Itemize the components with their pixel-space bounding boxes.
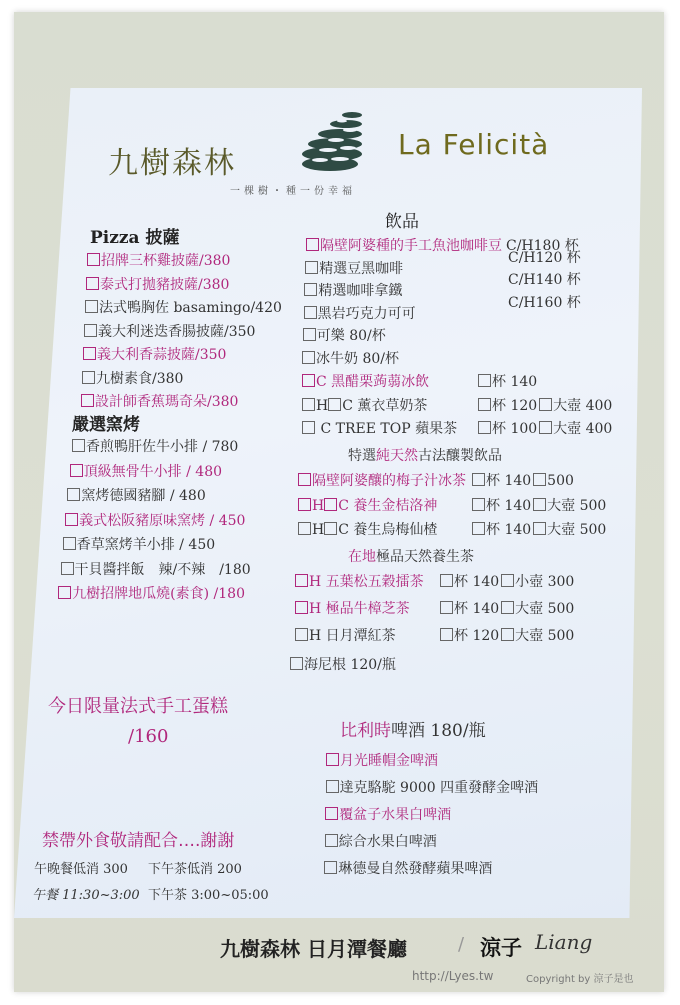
special-drinks-heading: 特選純天然古法釀製飲品 [348,445,502,465]
footer-copyright: Copyright by 涼子是也 [526,970,634,985]
list-item[interactable]: C TREE TOP 蘋果茶 [302,418,457,438]
list-item[interactable]: 覆盆子水果白啤酒 [325,804,451,824]
item-label: 精選豆黑咖啡 [319,261,403,277]
no-outside-food-notice: 禁帶外食敬請配合….謝謝 [42,826,234,851]
checkbox[interactable] [295,574,308,587]
local-heading-post: 極品天然養生茶 [376,549,474,565]
drinks-heading: 飲品 [385,207,419,232]
checkbox-cup[interactable] [440,628,453,641]
pot-price: 500 [547,473,574,489]
item-label: H 日月潭紅茶 [309,628,396,644]
item-label: 泰式打拋豬披薩/380 [100,277,229,293]
checkbox[interactable] [303,328,316,341]
list-item[interactable]: 泰式打拋豬披薩/380 [86,274,229,294]
checkbox[interactable] [302,374,315,387]
checkbox-pot[interactable] [539,398,552,411]
list-item[interactable]: 義大利迷迭香腸披薩/350 [84,321,255,341]
pot-price: 大壺 400 [553,421,612,437]
list-item[interactable]: 義大利香蒜披薩/350 [83,344,226,364]
pot-price: 大壺 500 [547,498,606,514]
checkbox-pot[interactable] [501,628,514,641]
checkbox[interactable] [295,601,308,614]
pizza-heading: Pizza 披薩 [90,223,179,248]
cup-price: 杯 140 [454,601,499,617]
pot-price: 大壺 500 [547,522,606,538]
size-options[interactable]: 杯 140大壺 500 [440,598,574,618]
brand-name-chinese: 九樹森林 [108,138,236,182]
item-label: 香草窯烤羊小排 / 450 [77,537,215,553]
checkbox[interactable] [67,488,80,501]
cup-price: 杯 120 [492,398,537,414]
item-label: 隔壁阿婆釀的梅子汁冰茶 [312,473,466,489]
checkbox[interactable] [81,394,94,407]
item-label: 義大利迷迭香腸披薩/350 [98,324,255,340]
list-item[interactable]: C 黑醋栗蒟蒻冰飲 [302,371,429,391]
checkbox[interactable] [304,306,317,319]
hot-option-label: H [316,398,328,414]
item-price: C/H160 杯 [508,292,581,312]
lunch-hours: 午餐 11:30~3:00 [32,884,140,903]
checkbox[interactable] [83,347,96,360]
item-label: C 黑醋栗蒟蒻冰飲 [316,374,429,390]
item-label: 招牌三杯雞披薩/380 [101,253,230,269]
checkbox[interactable] [65,513,78,526]
item-label: 黑岩巧克力可可 [318,306,416,322]
checkbox[interactable] [298,498,311,511]
beer-heading: 比利時啤酒 180/瓶 [340,716,486,741]
checkbox[interactable] [305,261,318,274]
minimum-meal: 午晚餐低消 300 [34,858,128,877]
list-item[interactable]: 冰牛奶 80/杯 [302,348,399,368]
special-heading-mid: 純天然 [376,448,418,464]
checkbox-cup[interactable] [478,374,491,387]
checkbox-pot[interactable] [533,498,546,511]
checkbox-pot[interactable] [501,601,514,614]
item-label: 干貝醬拌飯 辣/不辣 /180 [75,562,251,578]
pot-price: 大壺 500 [515,601,574,617]
footer-slash: / [458,934,464,955]
size-options[interactable]: 杯 120大壺 500 [440,625,574,645]
item-label: 達克駱駝 9000 四重發酵金啤酒 [340,780,539,796]
list-item[interactable]: 招牌三杯雞披薩/380 [87,250,230,270]
item-label: 綜合水果白啤酒 [339,834,437,850]
list-item[interactable]: 香煎鴨肝佐牛小排 / 780 [72,436,238,456]
pot-price: 大壺 400 [553,398,612,414]
checkbox[interactable] [324,522,337,535]
list-item[interactable]: 九樹招牌地瓜燒(素食) /180 [58,583,245,603]
item-label: 九樹素食/380 [96,371,183,387]
item-label: H 極品牛樟芝茶 [309,601,410,617]
checkbox[interactable] [290,657,303,670]
list-item[interactable]: 隔壁阿婆釀的梅子汁冰茶 [298,470,466,490]
checkbox[interactable] [72,439,85,452]
list-item[interactable]: 達克駱駝 9000 四重發酵金啤酒 [326,777,539,797]
checkbox-cup[interactable] [472,522,485,535]
list-item[interactable]: HC 養生烏梅仙楂 [298,519,437,539]
list-item[interactable]: H 日月潭紅茶 [295,625,396,645]
item-label: C TREE TOP 蘋果茶 [316,421,457,437]
checkbox-pot[interactable] [501,574,514,587]
item-label: 法式鴨胸佐 basamingo/420 [99,300,282,316]
item-label: 設計師香蕉瑪奇朵/380 [95,394,238,410]
checkbox[interactable] [61,562,74,575]
list-item[interactable]: 綜合水果白啤酒 [325,831,437,851]
checkbox-cup[interactable] [478,398,491,411]
beer-heading-post: 啤酒 180/瓶 [391,721,486,741]
footer-signature: Liang [535,930,592,954]
checkbox[interactable] [70,464,83,477]
item-label: 頂級無骨牛小排 / 480 [84,464,222,480]
list-item[interactable]: 頂級無骨牛小排 / 480 [70,461,222,481]
cake-special: 今日限量法式手工蛋糕 [48,692,228,718]
checkbox[interactable] [87,253,100,266]
list-item[interactable]: 香草窯烤羊小排 / 450 [63,534,215,554]
list-item[interactable]: 義式松阪豬原味窯烤 / 450 [65,510,245,530]
local-heading-pre: 在地 [348,549,376,565]
checkbox-cup[interactable] [478,421,491,434]
item-label: 隔壁阿婆種的手工魚池咖啡豆 [320,238,502,254]
checkbox-pot[interactable] [533,473,546,486]
checkbox[interactable] [295,628,308,641]
checkbox[interactable] [86,277,99,290]
item-label: 可樂 80/杯 [317,328,386,344]
item-label: 覆盆子水果白啤酒 [339,807,451,823]
footer-author: 涼子 [480,932,522,962]
cup-price: 杯 140 [486,473,531,489]
list-item[interactable]: HC 薰衣草奶茶 [302,395,427,415]
checkbox[interactable] [326,753,339,766]
checkbox-cup[interactable] [472,473,485,486]
checkbox[interactable] [324,498,337,511]
item-label: 義式松阪豬原味窯烤 / 450 [79,513,245,529]
item-label: 九樹招牌地瓜燒(素食) /180 [72,586,245,602]
item-price: C/H140 杯 [508,269,581,289]
size-options[interactable]: 杯 120大壺 400 [478,395,612,415]
checkbox[interactable] [306,238,319,251]
checkbox[interactable] [85,300,98,313]
checkbox[interactable] [324,861,337,874]
size-options[interactable]: 杯 140小壺 300 [440,571,574,591]
cup-price: 杯 140 [454,574,499,590]
item-label: 琳德曼自然發酵蘋果啤酒 [338,861,492,877]
list-item[interactable]: 九樹素食/380 [82,368,183,388]
heineken-label: 海尼根 120/瓶 [304,657,396,673]
checkbox[interactable] [84,324,97,337]
item-label: C 薰衣草奶茶 [342,398,427,414]
checkbox[interactable] [302,398,315,411]
special-heading-post: 古法釀製飲品 [418,448,502,464]
item-label: 香煎鴨肝佐牛小排 / 780 [86,439,238,455]
list-item[interactable]: H 五葉松五穀擂茶 [295,571,424,591]
checkbox-cup[interactable] [440,574,453,587]
size-options[interactable]: 杯 100大壺 400 [478,418,612,438]
item-label: C 養生金桔洛神 [338,498,437,514]
cup-price: 杯 140 [492,374,537,390]
list-item[interactable]: 可樂 80/杯 [303,325,386,345]
size-options[interactable]: 杯 140 [478,371,537,391]
cup-price: 杯 140 [486,498,531,514]
checkbox-pot[interactable] [539,421,552,434]
list-item[interactable]: 琳德曼自然發酵蘋果啤酒 [324,858,492,878]
checkbox[interactable] [302,351,315,364]
checkbox-cup[interactable] [440,601,453,614]
checkbox[interactable] [302,421,315,434]
list-item[interactable]: 精選豆黑咖啡 [305,258,403,278]
checkbox[interactable] [325,834,338,847]
tea-hours: 下午茶 3:00~05:00 [148,884,269,903]
footer-url[interactable]: http://Lyes.tw [412,969,493,983]
cup-price: 杯 100 [492,421,537,437]
checkbox[interactable] [328,398,341,411]
item-label: H 五葉松五穀擂茶 [309,574,424,590]
local-tea-heading: 在地極品天然養生茶 [348,546,474,566]
list-item[interactable]: 干貝醬拌飯 辣/不辣 /180 [61,559,251,579]
checkbox[interactable] [298,522,311,535]
list-item[interactable]: HC 養生金桔洛神 [298,495,437,515]
list-item[interactable]: H 極品牛樟芝茶 [295,598,410,618]
cup-price: 杯 120 [454,628,499,644]
item-label: 冰牛奶 80/杯 [316,351,399,367]
hot-option-label: H [312,522,324,538]
list-item[interactable]: 法式鴨胸佐 basamingo/420 [85,297,282,317]
item-label: 義大利香蒜披薩/350 [97,347,226,363]
heineken-item[interactable]: 海尼根 120/瓶 [290,654,396,674]
checkbox[interactable] [325,807,338,820]
checkbox-cup[interactable] [472,498,485,511]
item-label: 窯烤德國豬腳 / 480 [81,488,205,504]
minimum-tea: 下午茶低消 200 [148,858,242,877]
checkbox[interactable] [326,780,339,793]
kiln-heading: 嚴選窯烤 [72,410,140,435]
special-heading-pre: 特選 [348,448,376,464]
tagline: 一棵樹・種一份幸福 [230,182,356,197]
item-label: C 養生烏梅仙楂 [338,522,437,538]
list-item[interactable]: 窯烤德國豬腳 / 480 [67,485,205,505]
footer-title: 九樹森林 日月潭餐廳 [220,933,407,962]
pot-price: 大壺 500 [515,628,574,644]
checkbox[interactable] [298,473,311,486]
item-price: C/H120 杯 [508,247,581,267]
pot-price: 小壺 300 [515,574,574,590]
pinecone-icon [280,102,380,182]
checkbox[interactable] [304,283,317,296]
hot-option-label: H [312,498,324,514]
size-options[interactable]: 杯 140500 [472,470,574,490]
cake-price: /160 [128,726,168,747]
size-options[interactable]: 杯 140大壺 500 [472,495,606,515]
list-item[interactable]: 月光睡帽金啤酒 [326,750,438,770]
checkbox[interactable] [63,537,76,550]
checkbox[interactable] [58,586,71,599]
checkbox[interactable] [82,371,95,384]
brand-name-english: La Felicità [398,128,549,161]
size-options[interactable]: 杯 140大壺 500 [472,519,606,539]
item-label: 精選咖啡拿鐵 [318,283,402,299]
item-label: 月光睡帽金啤酒 [340,753,438,769]
checkbox-pot[interactable] [533,522,546,535]
list-item[interactable]: 黑岩巧克力可可 [304,303,416,323]
beer-heading-pre: 比利時 [340,721,391,741]
cup-price: 杯 140 [486,522,531,538]
list-item[interactable]: 精選咖啡拿鐵 [304,280,402,300]
list-item[interactable]: 設計師香蕉瑪奇朵/380 [81,391,238,411]
